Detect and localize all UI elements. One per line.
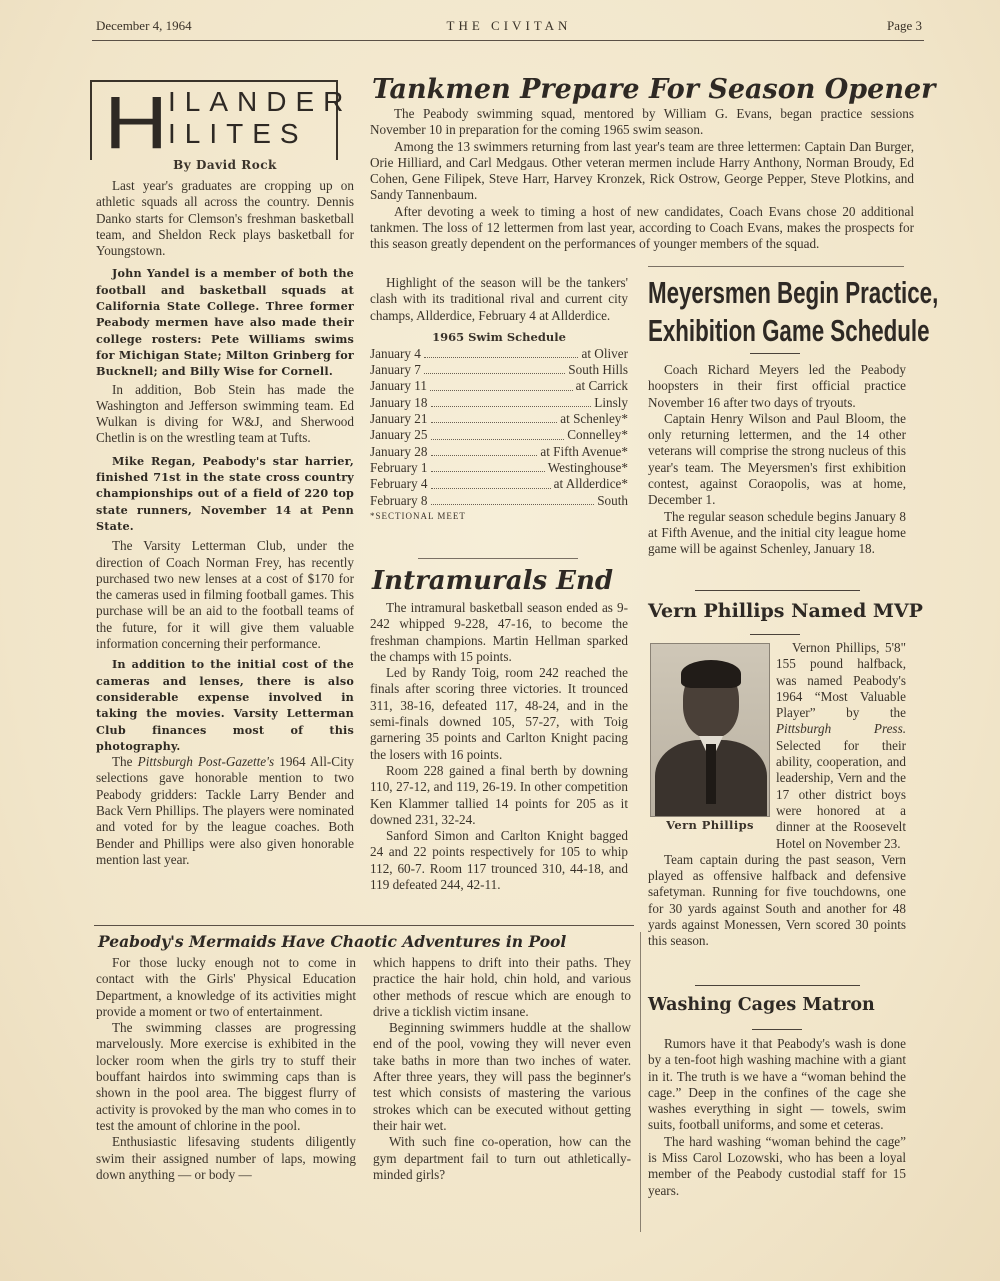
masthead-rule — [92, 40, 924, 41]
tankmen-article-top: The Peabody swimming squad, mentored by … — [370, 106, 914, 253]
paragraph: In addition, Bob Stein has made the Wash… — [96, 382, 354, 447]
text: Vernon Phillips, 5'8" 155 pound halfback… — [776, 640, 906, 720]
byline: By David Rock — [96, 158, 354, 172]
publication-name: Pittsburgh Post-Gazette's — [138, 754, 274, 769]
paragraph: Led by Randy Toig, room 242 reached the … — [370, 665, 628, 763]
paragraph: The hard washing “woman behind the cage”… — [648, 1134, 906, 1199]
text: The — [112, 754, 138, 769]
schedule-row: January 7South Hills — [370, 362, 628, 378]
opponent: at Carrick — [576, 378, 628, 394]
logo-letter-h: H — [104, 88, 168, 158]
leader-dots — [431, 460, 545, 472]
paragraph-bold: John Yandel is a member of both the foot… — [96, 265, 354, 379]
schedule-row: January 25Connelley* — [370, 427, 628, 443]
schedule-footnote: *SECTIONAL MEET — [370, 511, 628, 521]
opponent: Connelley* — [567, 427, 628, 443]
divider-rule — [648, 266, 904, 267]
washing-article: Rumors have it that Peabody's wash is do… — [648, 1036, 906, 1199]
divider-rule — [752, 1029, 802, 1030]
meet-date: February 4 — [370, 476, 428, 492]
washing-headline: Washing Cages Matron — [648, 995, 875, 1015]
schedule-row: February 4at Allderdice* — [370, 476, 628, 492]
logo-line-2: ILITES — [168, 118, 308, 150]
hilander-column: By David Rock Last year's graduates are … — [96, 158, 354, 868]
meet-date: January 18 — [370, 395, 428, 411]
paragraph: Team captain during the past season, Ver… — [648, 852, 906, 950]
section-rule — [94, 925, 634, 926]
schedule-row: February 1Westinghouse* — [370, 460, 628, 476]
paragraph: The regular season schedule begins Janua… — [648, 509, 906, 558]
divider-rule — [750, 634, 800, 635]
mvp-headline: Vern Phillips Named MVP — [648, 600, 923, 622]
meet-date: January 7 — [370, 362, 421, 378]
leader-dots — [430, 378, 573, 390]
schedule-row: January 11at Carrick — [370, 378, 628, 394]
paragraph: The intramural basketball season ended a… — [370, 600, 628, 665]
meet-date: January 28 — [370, 444, 428, 460]
paragraph: Highlight of the season will be the tank… — [370, 275, 628, 324]
paragraph: The Varsity Letterman Club, under the di… — [96, 538, 354, 652]
opponent: at Schenley* — [560, 411, 628, 427]
opponent: at Allderdice* — [554, 476, 628, 492]
mermaids-column-1: For those lucky enough not to come in co… — [96, 955, 356, 1183]
meet-date: January 21 — [370, 411, 428, 427]
photo-float-spacer — [648, 640, 776, 838]
leader-dots — [431, 476, 551, 488]
leader-dots — [424, 362, 565, 374]
opponent: South Hills — [568, 362, 628, 378]
paragraph: Beginning swimmers huddle at the shallow… — [373, 1020, 631, 1134]
column-divider — [640, 932, 641, 1232]
text: Selected for their ability, cooperation,… — [776, 738, 906, 851]
paragraph: For those lucky enough not to come in co… — [96, 955, 356, 1020]
paragraph: Coach Richard Meyers led the Peabody hoo… — [648, 362, 906, 411]
schedule-row: February 8South — [370, 493, 628, 509]
schedule-row: January 18Linsly — [370, 395, 628, 411]
opponent: South — [597, 493, 628, 509]
leader-dots — [431, 493, 595, 505]
paragraph-bold: In addition to the initial cost of the c… — [96, 656, 354, 754]
opponent: at Fifth Avenue* — [540, 444, 628, 460]
leader-dots — [424, 346, 579, 358]
meyersmen-headline: Meyersmen Begin Practice, Exhibition Gam… — [648, 274, 938, 350]
masthead: December 4, 1964 THE CIVITAN Page 3 — [96, 18, 922, 40]
paragraph: The Pittsburgh Post-Gazette's 1964 All-C… — [96, 754, 354, 868]
swim-schedule: January 4at Oliver January 7South Hills … — [370, 346, 628, 509]
paragraph: Sanford Simon and Carlton Knight bagged … — [370, 828, 628, 893]
meet-date: January 25 — [370, 427, 428, 443]
paragraph: Captain Henry Wilson and Paul Bloom, the… — [648, 411, 906, 509]
intramurals-headline: Intramurals End — [372, 566, 613, 596]
paragraph: After devoting a week to timing a host o… — [370, 204, 914, 253]
paragraph-continuation: which happens to drift into their paths.… — [373, 955, 631, 1020]
opponent: at Oliver — [581, 346, 628, 362]
paragraph-bold: Mike Regan, Peabody's star harrier, fini… — [96, 453, 354, 534]
meet-date: January 11 — [370, 378, 427, 394]
mermaids-headline: Peabody's Mermaids Have Chaotic Adventur… — [98, 932, 566, 951]
logo-line-1: ILANDER — [168, 86, 352, 118]
newspaper-page: December 4, 1964 THE CIVITAN Page 3 H IL… — [0, 0, 1000, 1281]
tankmen-headline: Tankmen Prepare For Season Opener — [372, 74, 935, 105]
publication-name: Pittsburgh Press. — [776, 721, 906, 736]
paragraph: The swimming classes are progressing mar… — [96, 1020, 356, 1134]
mermaids-column-2: which happens to drift into their paths.… — [373, 955, 631, 1183]
text: 1964 All-City selections gave honorable … — [96, 754, 354, 867]
schedule-row: January 4at Oliver — [370, 346, 628, 362]
meet-date: January 4 — [370, 346, 421, 362]
opponent: Linsly — [594, 395, 628, 411]
leader-dots — [431, 427, 565, 439]
hilander-hilites-logo: H ILANDER ILITES — [90, 80, 338, 160]
mvp-article: Vernon Phillips, 5'8" 155 pound halfback… — [648, 640, 906, 950]
paragraph: Last year's graduates are cropping up on… — [96, 178, 354, 259]
newspaper-title: THE CIVITAN — [96, 18, 922, 34]
meet-date: February 1 — [370, 460, 428, 476]
tankmen-article-bottom: Highlight of the season will be the tank… — [370, 275, 628, 521]
schedule-title: 1965 Swim Schedule — [370, 330, 628, 344]
paragraph: The Peabody swimming squad, mentored by … — [370, 106, 914, 139]
divider-rule — [695, 985, 860, 986]
leader-dots — [431, 411, 558, 423]
paragraph: Room 228 gained a final berth by downing… — [370, 763, 628, 828]
intramurals-article: The intramural basketball season ended a… — [370, 600, 628, 893]
schedule-row: January 21at Schenley* — [370, 411, 628, 427]
leader-dots — [431, 395, 592, 407]
headline-line-2: Exhibition Game Schedule — [648, 312, 938, 350]
page-number: Page 3 — [887, 18, 922, 34]
divider-rule — [418, 558, 578, 559]
meyersmen-article: Coach Richard Meyers led the Peabody hoo… — [648, 362, 906, 558]
paragraph: Among the 13 swimmers returning from las… — [370, 139, 914, 204]
leader-dots — [431, 444, 538, 456]
headline-line-1: Meyersmen Begin Practice, — [648, 274, 938, 312]
divider-rule — [695, 590, 860, 591]
meet-date: February 8 — [370, 493, 428, 509]
divider-rule — [750, 353, 800, 354]
schedule-row: January 28at Fifth Avenue* — [370, 444, 628, 460]
paragraph: With such fine co-operation, how can the… — [373, 1134, 631, 1183]
opponent: Westinghouse* — [548, 460, 628, 476]
paragraph: Rumors have it that Peabody's wash is do… — [648, 1036, 906, 1134]
paragraph: Enthusiastic lifesaving students diligen… — [96, 1134, 356, 1183]
